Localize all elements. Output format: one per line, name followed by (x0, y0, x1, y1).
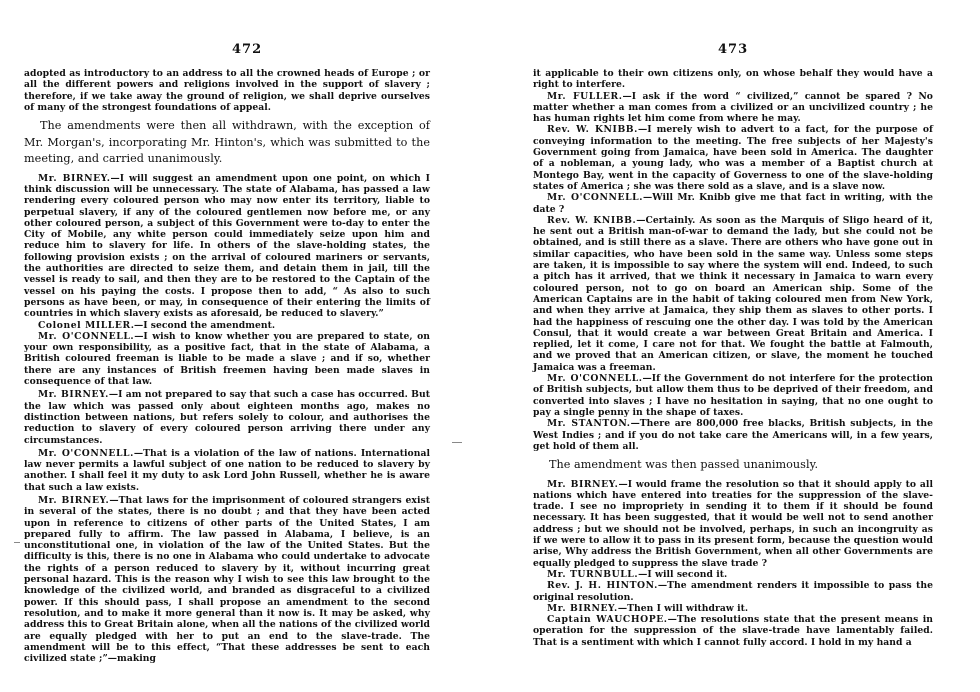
speech-paragraph: Mr. BIRNEY.—That laws for the imprisonme… (24, 495, 430, 664)
speech-text: —That laws for the imprisonment of colou… (24, 495, 430, 664)
speaker-name: Rev. W. KNIBB. (547, 215, 636, 226)
speaker-name: Captain WAUCHOPE. (547, 614, 668, 625)
speech-paragraph: Mr. STANTON.—There are 800,000 free blac… (533, 418, 933, 452)
speech-text: —I would frame the resolution so that it… (533, 479, 933, 569)
paragraph-text: The amendments were then all withdrawn, … (24, 119, 430, 165)
page-number: 473 (718, 42, 748, 57)
speech-text: —Then I will withdraw it. (618, 603, 748, 614)
speaker-name: Mr. BIRNEY. (547, 603, 618, 614)
speech-paragraph: Mr. O'CONNELL.—That is a violation of th… (24, 448, 430, 493)
speech-paragraph: Rev. W. KNIBB.—I merely wish to advert t… (533, 124, 933, 192)
paragraph-text: The amendment was then passed unanimousl… (549, 458, 818, 471)
paragraph-continuation: it applicable to their own citizens only… (533, 68, 933, 91)
speech-paragraph: Mr. BIRNEY.—Then I will withdraw it. (533, 603, 933, 614)
speech-paragraph: Mr. O'CONNELL.—I wish to know whether yo… (24, 331, 430, 387)
speech-paragraph: Mr. BIRNEY.—I am not prepared to say tha… (24, 389, 430, 445)
paragraph-text: it applicable to their own citizens only… (533, 68, 933, 90)
speech-text: —I will second it. (638, 569, 727, 580)
page-number: 472 (232, 42, 262, 57)
speaker-name: Colonel MILLER (38, 320, 131, 331)
speaker-name: Mr. FULLER. (547, 91, 623, 102)
speech-paragraph: Mr. BIRNEY.—I will suggest an amendment … (24, 173, 430, 320)
speaker-name: Mr. TURNBULL. (547, 569, 638, 580)
speaker-name: Mr. STANTON. (547, 418, 631, 429)
scan-artifact (14, 542, 20, 543)
speaker-name: Mr. BIRNEY. (38, 495, 109, 506)
speech-text: —I will suggest an amendment upon one po… (24, 173, 430, 320)
speech-text: —Certainly. As soon as the Marquis of Sl… (533, 215, 933, 373)
paragraph-text: adopted as introductory to an address to… (24, 68, 430, 113)
speaker-name: Mr. O'CONNELL. (547, 192, 643, 203)
speaker-name: Mr. O'CONNELL. (38, 331, 134, 342)
speech-paragraph: Mr. O'CONNELL.—If the Government do not … (533, 373, 933, 418)
speaker-name: Rev. W. KNIBB. (547, 124, 638, 135)
paragraph-narration: The amendments were then all withdrawn, … (24, 118, 430, 168)
speech-text: .—I second the amendment. (131, 320, 275, 331)
speaker-name: Mr. O'CONNELL. (38, 448, 134, 459)
speech-paragraph: Mr. FULLER.—I ask if the word “ civilize… (533, 91, 933, 125)
right-page: 473 it applicable to their own citizens … (490, 0, 980, 692)
paragraph-continuation: adopted as introductory to an address to… (24, 68, 430, 113)
speaker-name: Mr. O'CONNELL. (547, 373, 643, 384)
speech-paragraph: Captain WAUCHOPE.—The resolutions state … (533, 614, 933, 648)
page-text: it applicable to their own citizens only… (533, 68, 933, 648)
scan-artifact (452, 442, 462, 443)
speaker-name: Mr. BIRNEY. (38, 173, 111, 184)
speech-paragraph: Rev. J. H. HINTON.—The amendment renders… (533, 580, 933, 603)
speech-paragraph: Mr. TURNBULL.—I will second it. (533, 569, 933, 580)
speaker-name: Mr. BIRNEY. (38, 389, 109, 400)
paragraph-narration: The amendment was then passed unanimousl… (533, 457, 933, 474)
speech-paragraph: Colonel MILLER.—I second the amendment. (24, 320, 430, 331)
speech-paragraph: Mr. O'CONNELL.—Will Mr. Knibb give me th… (533, 192, 933, 215)
left-page: 472 adopted as introductory to an addres… (0, 0, 490, 692)
speaker-name: Rev. J. H. HINTON. (547, 580, 658, 591)
speech-paragraph: Rev. W. KNIBB.—Certainly. As soon as the… (533, 215, 933, 373)
speech-paragraph: Mr. BIRNEY.—I would frame the resolution… (533, 479, 933, 569)
speaker-name: Mr. BIRNEY. (547, 479, 618, 490)
page-text: adopted as introductory to an address to… (24, 68, 430, 664)
